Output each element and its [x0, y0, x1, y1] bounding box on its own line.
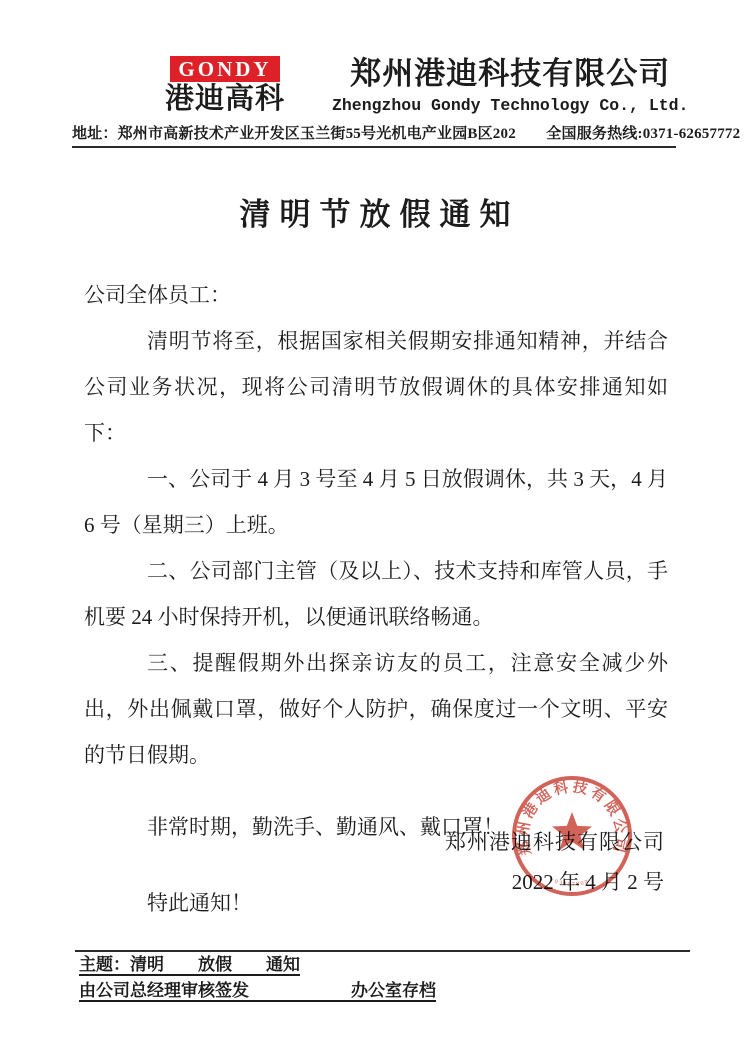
signature-date: 2022 年 4 月 2 号	[512, 866, 664, 896]
page-title: 清明节放假通知	[0, 195, 750, 235]
footer-subject-line: 主题：清明 放假 通知	[79, 952, 750, 978]
approval-text: 由公司总经理审核签发 办公室存档	[79, 981, 436, 1000]
subject-text: 主题：清明 放假 通知	[79, 955, 300, 974]
company-name-chinese: 郑州港迪科技有限公司	[332, 54, 688, 94]
salutation: 公司全体员工：	[84, 272, 668, 318]
document-footer: 主题：清明 放假 通知 由公司总经理审核签发 办公室存档	[0, 950, 750, 1004]
paragraph-item-2: 二、公司部门主管（及以上）、技术支持和库管人员，手机要 24 小时保持开机，以便…	[84, 548, 668, 640]
paragraph-intro: 清明节将至，根据国家相关假期安排通知精神，并结合公司业务状况，现将公司清明节放假…	[84, 318, 668, 456]
letterhead: GONDY 港迪高科 郑州港迪科技有限公司 Zhengzhou Gondy Te…	[0, 0, 750, 148]
paragraph-item-3: 三、提醒假期外出探亲访友的员工，注意安全减少外出，外出佩戴口罩，做好个人防护，确…	[84, 640, 668, 778]
signature-company: 郑州港迪科技有限公司	[445, 826, 665, 856]
company-logo: GONDY 港迪高科	[150, 54, 300, 115]
address-hotline-line: 地址：郑州市高新技术产业开发区玉兰街55号光机电产业园B区202 全国服务热线:…	[72, 122, 678, 143]
document-page: GONDY 港迪高科 郑州港迪科技有限公司 Zhengzhou Gondy Te…	[0, 0, 750, 1061]
paragraph-item-1: 一、公司于 4 月 3 号至 4 月 5 日放假调休，共 3 天，4 月 6 号…	[84, 456, 668, 548]
logo-wordmark: GONDY	[170, 56, 280, 82]
logo-chinese-name: 港迪高科	[150, 83, 300, 115]
footer-approval-line: 由公司总经理审核签发 办公室存档	[79, 978, 750, 1004]
header-divider	[72, 146, 676, 148]
company-name-english: Zhengzhou Gondy Technology Co., Ltd.	[332, 96, 688, 116]
company-name-block: 郑州港迪科技有限公司 Zhengzhou Gondy Technology Co…	[332, 54, 688, 116]
